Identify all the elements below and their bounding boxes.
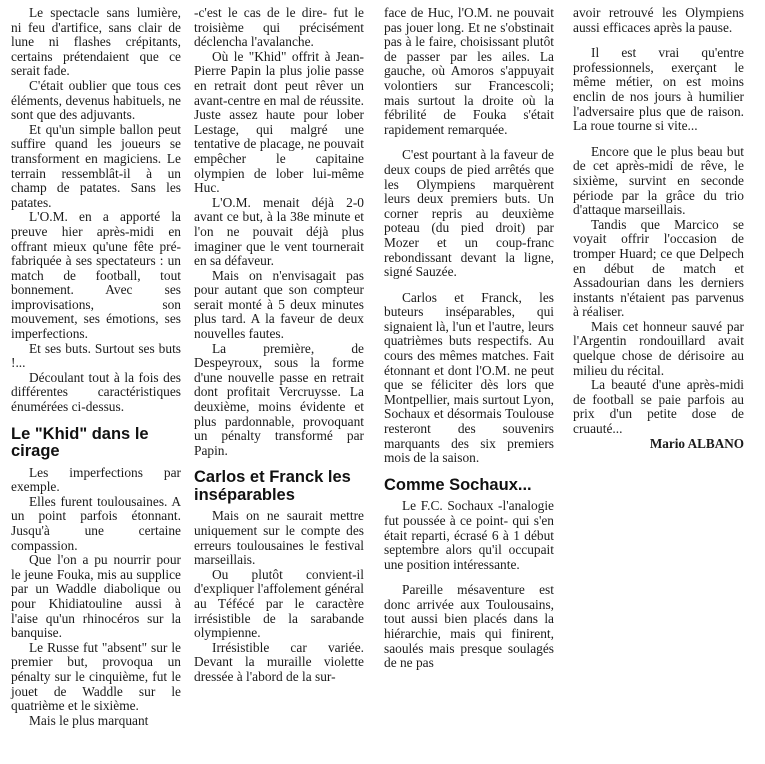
paragraph: Pareille mésaventure est donc arrivée au… <box>384 583 554 671</box>
paragraph: Et qu'un simple ballon peut suffire quan… <box>11 123 181 211</box>
paragraph-continued: avoir retrouvé les Olympiens aussi effic… <box>573 6 744 35</box>
article-column-1: Le spectacle sans lumière, ni feu d'arti… <box>11 6 181 728</box>
paragraph: Le Russe fut "absent" sur le premier but… <box>11 641 181 714</box>
paragraph: Le F.C. Sochaux -l'analogie fut poussée … <box>384 499 554 572</box>
paragraph: Le spectacle sans lumière, ni feu d'arti… <box>11 6 181 79</box>
subheading-carlos-franck: Carlos et Franck les inséparables <box>194 469 364 504</box>
author-signature: Mario ALBANO <box>573 437 744 452</box>
paragraph: Découlant tout à la fois des différentes… <box>11 371 181 415</box>
paragraph: L'O.M. en a apporté la preuve hier après… <box>11 210 181 341</box>
paragraph-continued: face de Huc, l'O.M. ne pouvait pas jouer… <box>384 6 554 137</box>
paragraph: Ou plutôt convient-il d'expliquer l'affo… <box>194 568 364 641</box>
paragraph: L'O.M. menait déjà 2-0 avant ce but, à l… <box>194 196 364 269</box>
paragraph: Mais cet honneur sauvé par l'Argentin ro… <box>573 320 744 378</box>
paragraph: Tandis que Marcico se voyait offrir l'oc… <box>573 218 744 320</box>
paragraph: La première, de Despeyroux, sous la form… <box>194 342 364 459</box>
paragraph: Que l'on a pu nourrir pour le jeune Fouk… <box>11 553 181 641</box>
paragraph: C'est pourtant à la faveur de deux coups… <box>384 148 554 279</box>
paragraph: Les imperfections par exemple. <box>11 466 181 495</box>
paragraph: Mais on ne saurait mettre uniquement sur… <box>194 509 364 567</box>
paragraph: Mais le plus marquant <box>11 714 181 729</box>
paragraph: Il est vrai qu'entre professionnels, exe… <box>573 46 744 134</box>
paragraph: La beauté d'une après-midi de football s… <box>573 378 744 436</box>
article-column-3: face de Huc, l'O.M. ne pouvait pas jouer… <box>384 6 554 671</box>
paragraph: Irrésistible car variée. Devant la murai… <box>194 641 364 685</box>
paragraph: Elles furent toulousaines. A un point pa… <box>11 495 181 553</box>
article-column-2: -c'est le cas de le dire- fut le troisiè… <box>194 6 364 685</box>
paragraph: Et ses buts. Surtout ses buts !... <box>11 342 181 371</box>
paragraph: C'était oublier que tous ces éléments, d… <box>11 79 181 123</box>
paragraph: Carlos et Franck, les buteurs inséparabl… <box>384 291 554 466</box>
paragraph: Mais on n'envisagait pas pour autant que… <box>194 269 364 342</box>
paragraph: Encore que le plus beau but de cet après… <box>573 145 744 218</box>
subheading-khid-cirage: Le "Khid" dans le cirage <box>11 426 181 461</box>
paragraph-continued: -c'est le cas de le dire- fut le troisiè… <box>194 6 364 50</box>
paragraph: Où le "Khid" offrit à Jean-Pierre Papin … <box>194 50 364 196</box>
article-column-4: avoir retrouvé les Olympiens aussi effic… <box>573 6 744 451</box>
subheading-comme-sochaux: Comme Sochaux... <box>384 477 554 495</box>
newspaper-article: Le spectacle sans lumière, ni feu d'arti… <box>0 0 765 764</box>
